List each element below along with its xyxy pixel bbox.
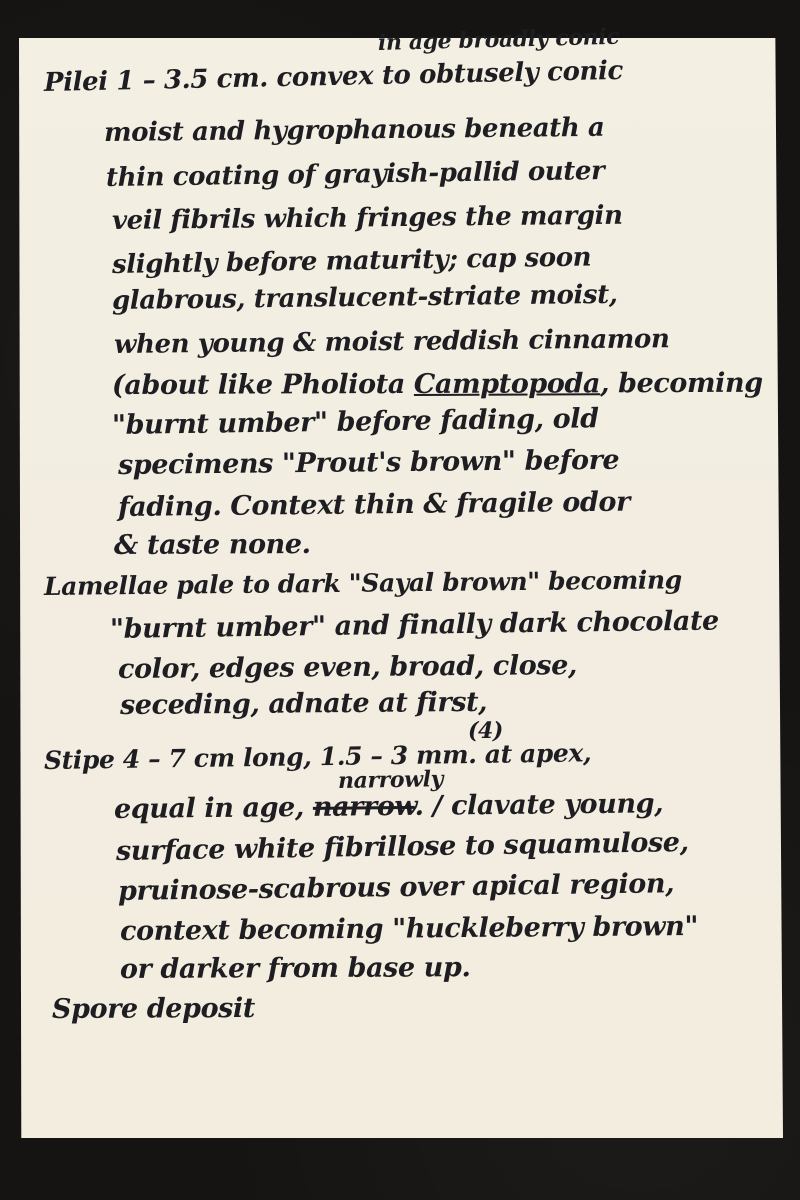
pilei-line-8: (about like Pholiota Camptopoda, becomin… (112, 370, 763, 399)
pilei-line-10: specimens "Prout's brown" before (118, 447, 620, 479)
pilei-line-5: slightly before maturity; cap soon (112, 244, 592, 278)
spore-deposit-line: Spore deposit (52, 995, 255, 1023)
insertion-note: in age broadly conic (378, 26, 620, 54)
stipe-line-5: context becoming "huckleberry brown" (120, 913, 698, 945)
lamellae-line-3: color, edges even, broad, close, (118, 652, 577, 683)
pilei-line-11: fading. Context thin & fragile odor (118, 489, 630, 521)
lamellae-line-2: "burnt umber" and finally dark chocolate (110, 607, 719, 642)
stipe-line-4: pruinose-scabrous over apical region, (118, 870, 675, 905)
pilei-line-3: thin coating of grayish-pallid outer (106, 158, 605, 191)
pilei-line-12: & taste none. (114, 531, 311, 559)
lamellae-line-4: seceding, adnate at first, (120, 689, 487, 719)
pilei-line-7: when young & moist reddish cinnamon (114, 326, 670, 358)
species-name-underlined: Camptopoda (414, 368, 600, 400)
pilei-line-6: glabrous, translucent-striate moist, (112, 282, 618, 314)
pilei-line-2: moist and hygrophanous beneath a (104, 115, 605, 146)
stipe-line-1: Stipe 4 – 7 cm long, 1.5 – 3 mm. at apex… (44, 740, 592, 773)
struck-word: narrow (313, 791, 415, 823)
stipe-line-6: or darker from base up. (120, 954, 471, 983)
pilei-line-4: veil fibrils which fringes the margin (112, 203, 623, 234)
stipe-line-2: equal in age, narrow. / clavate young, (114, 790, 663, 823)
inserted-word-narrowly: narrowly (338, 768, 443, 792)
lamellae-line-1: Lamellae pale to dark "Sayal brown" beco… (44, 567, 682, 599)
pilei-line-9: "burnt umber" before fading, old (112, 405, 599, 439)
